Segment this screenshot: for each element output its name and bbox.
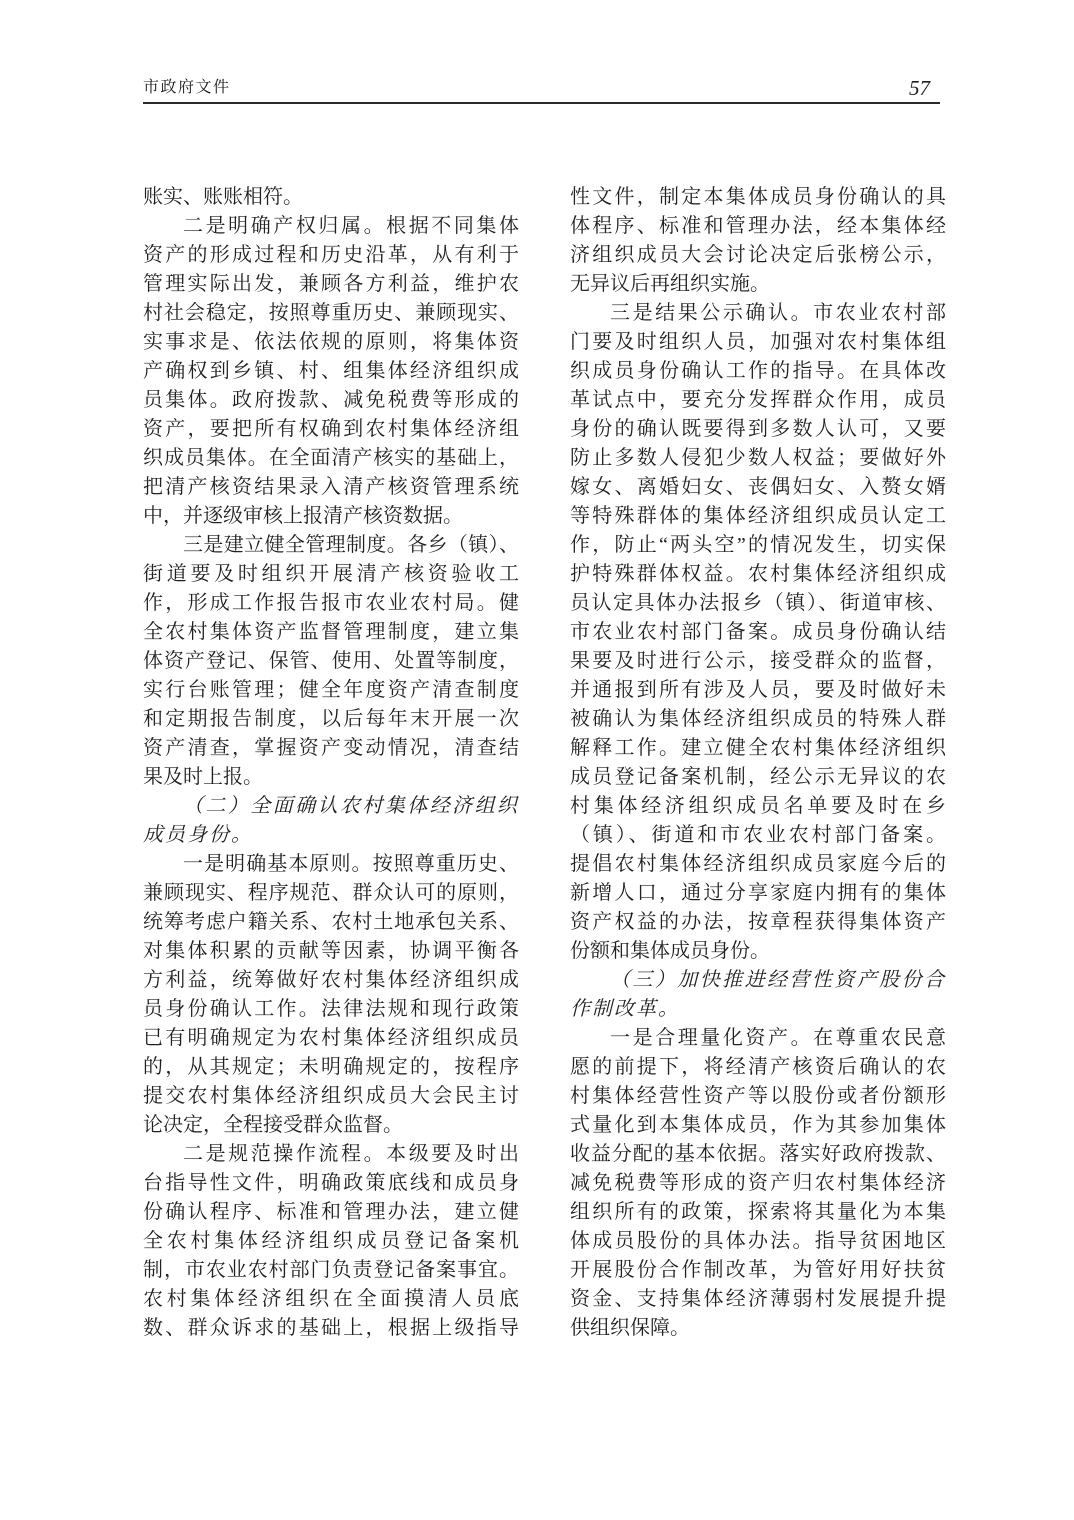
text-line: 全农村集体经济组织成员登记备案机 xyxy=(143,1227,519,1256)
text-line: 作，防止“两头空”的情况发生，切实保 xyxy=(570,531,946,560)
text-line: 身份的确认既要得到多数人认可，又要 xyxy=(570,415,946,444)
text-line: 市农业农村部门备案。成员身份确认结 xyxy=(570,618,946,647)
text-line: 和定期报告制度，以后每年末开展一次 xyxy=(143,705,519,734)
text-column-right: 性文件，制定本集体成员身份确认的具体程序、标准和管理办法，经本集体经济组织成员大… xyxy=(570,183,946,1343)
text-line: 护特殊群体权益。农村集体经济组织成 xyxy=(570,560,946,589)
text-line: 村社会稳定，按照尊重历史、兼顾现实、 xyxy=(143,299,519,328)
text-line: 资金、支持集体经济薄弱村发展提升提 xyxy=(570,1285,946,1314)
text-line: 成员登记备案机制，经公示无异议的农 xyxy=(570,763,946,792)
text-line: 制，市农业农村部门负责登记备案事宜。 xyxy=(143,1256,519,1285)
text-line: 果要及时进行公示，接受群众的监督， xyxy=(570,647,946,676)
text-line: 提倡农村集体经济组织成员家庭今后的 xyxy=(570,850,946,879)
document-page: 市政府文件 57 账实、账账相符。二是明确产权归属。根据不同集体资产的形成过程和… xyxy=(0,0,1074,1520)
text-line: 无异议后再组织实施。 xyxy=(570,270,946,299)
text-line: 村集体经营性资产等以股份或者份额形 xyxy=(570,1082,946,1111)
text-line: 防止多数人侵犯少数人权益；要做好外 xyxy=(570,444,946,473)
page-header: 市政府文件 57 xyxy=(143,70,940,104)
text-line: 资产权益的办法，按章程获得集体资产 xyxy=(570,908,946,937)
text-line: 新增人口，通过分享家庭内拥有的集体 xyxy=(570,879,946,908)
text-line: 中，并逐级审核上报清产核资数据。 xyxy=(143,502,519,531)
text-line: 被确认为集体经济组织成员的特殊人群 xyxy=(570,705,946,734)
text-line: 革试点中，要充分发挥群众作用，成员 xyxy=(570,386,946,415)
text-line: 已有明确规定为农村集体经济组织成员 xyxy=(143,1024,519,1053)
text-line: 收益分配的基本依据。落实好政府拨款、 xyxy=(570,1140,946,1169)
text-line: （镇）、街道和市农业农村部门备案。 xyxy=(570,821,946,850)
text-line: 三是结果公示确认。市农业农村部 xyxy=(570,299,946,328)
text-line: 统筹考虑户籍关系、农村土地承包关系、 xyxy=(143,908,519,937)
text-line: 村集体经济组织成员名单要及时在乡 xyxy=(570,792,946,821)
text-line: 对集体积累的贡献等因素，协调平衡各 xyxy=(143,937,519,966)
text-line: 方利益，统筹做好农村集体经济组织成 xyxy=(143,966,519,995)
text-line: 资产清查，掌握资产变动情况，清查结 xyxy=(143,734,519,763)
text-line: 数、群众诉求的基础上，根据上级指导 xyxy=(143,1314,519,1343)
text-line: 的，从其规定；未明确规定的，按程序 xyxy=(143,1053,519,1082)
text-line: 等特殊群体的集体经济组织成员认定工 xyxy=(570,502,946,531)
text-line: 果及时上报。 xyxy=(143,763,519,792)
header-section-title: 市政府文件 xyxy=(143,74,231,102)
text-column-left: 账实、账账相符。二是明确产权归属。根据不同集体资产的形成过程和历史沿革，从有利于… xyxy=(143,183,519,1343)
text-line: 管理实际出发，兼顾各方利益，维护农 xyxy=(143,270,519,299)
text-line: 开展股份合作制改革，为管好用好扶贫 xyxy=(570,1256,946,1285)
text-line: 实行台账管理；健全年度资产清查制度 xyxy=(143,676,519,705)
text-line: 二是明确产权归属。根据不同集体 xyxy=(143,212,519,241)
text-line: 产确权到乡镇、村、组集体经济组织成 xyxy=(143,357,519,386)
text-line: 农村集体经济组织在全面摸清人员底 xyxy=(143,1285,519,1314)
text-line: 织成员集体。在全面清产核实的基础上， xyxy=(143,444,519,473)
text-line: 资产的形成过程和历史沿革，从有利于 xyxy=(143,241,519,270)
text-line: 资产，要把所有权确到农村集体经济组 xyxy=(143,415,519,444)
text-line: 嫁女、离婚妇女、丧偶妇女、入赘女婿 xyxy=(570,473,946,502)
text-line: 体资产登记、保管、使用、处置等制度， xyxy=(143,647,519,676)
text-line: 体成员股份的具体办法。指导贫困地区 xyxy=(570,1227,946,1256)
text-line: 账实、账账相符。 xyxy=(143,183,519,212)
text-line: 提交农村集体经济组织成员大会民主讨 xyxy=(143,1082,519,1111)
text-line: 员集体。政府拨款、减免税费等形成的 xyxy=(143,386,519,415)
text-line: 织成员身份确认工作的指导。在具体改 xyxy=(570,357,946,386)
section-heading-line: 成员身份。 xyxy=(143,821,519,850)
text-line: 性文件，制定本集体成员身份确认的具 xyxy=(570,183,946,212)
page-number: 57 xyxy=(909,76,940,102)
text-line: 三是建立健全管理制度。各乡（镇）、 xyxy=(143,531,519,560)
section-heading-line: （二）全面确认农村集体经济组织 xyxy=(143,792,519,821)
text-line: 供组织保障。 xyxy=(570,1314,946,1343)
text-line: 台指导性文件，明确政策底线和成员身 xyxy=(143,1169,519,1198)
section-heading-line: 作制改革。 xyxy=(570,995,946,1024)
text-line: 愿的前提下，将经清产核资后确认的农 xyxy=(570,1053,946,1082)
text-line: 份额和集体成员身份。 xyxy=(570,937,946,966)
text-line: 员身份确认工作。法律法规和现行政策 xyxy=(143,995,519,1024)
text-line: 作，形成工作报告报市农业农村局。健 xyxy=(143,589,519,618)
text-line: 实事求是、依法依规的原则，将集体资 xyxy=(143,328,519,357)
text-line: 一是合理量化资产。在尊重农民意 xyxy=(570,1024,946,1053)
text-line: 员认定具体办法报乡（镇）、街道审核、 xyxy=(570,589,946,618)
text-line: 解释工作。建立健全农村集体经济组织 xyxy=(570,734,946,763)
text-line: 一是明确基本原则。按照尊重历史、 xyxy=(143,850,519,879)
text-line: 街道要及时组织开展清产核资验收工 xyxy=(143,560,519,589)
text-line: 把清产核资结果录入清产核资管理系统 xyxy=(143,473,519,502)
text-line: 论决定，全程接受群众监督。 xyxy=(143,1111,519,1140)
text-line: 二是规范操作流程。本级要及时出 xyxy=(143,1140,519,1169)
text-line: 组织所有的政策，探索将其量化为本集 xyxy=(570,1198,946,1227)
text-line: 门要及时组织人员，加强对农村集体组 xyxy=(570,328,946,357)
text-line: 全农村集体资产监督管理制度，建立集 xyxy=(143,618,519,647)
text-line: 并通报到所有涉及人员，要及时做好未 xyxy=(570,676,946,705)
text-line: 兼顾现实、程序规范、群众认可的原则， xyxy=(143,879,519,908)
section-heading-line: （三）加快推进经营性资产股份合 xyxy=(570,966,946,995)
text-line: 份确认程序、标准和管理办法，建立健 xyxy=(143,1198,519,1227)
text-line: 济组织成员大会讨论决定后张榜公示， xyxy=(570,241,946,270)
text-line: 式量化到本集体成员，作为其参加集体 xyxy=(570,1111,946,1140)
text-line: 体程序、标准和管理办法，经本集体经 xyxy=(570,212,946,241)
text-line: 减免税费等形成的资产归农村集体经济 xyxy=(570,1169,946,1198)
